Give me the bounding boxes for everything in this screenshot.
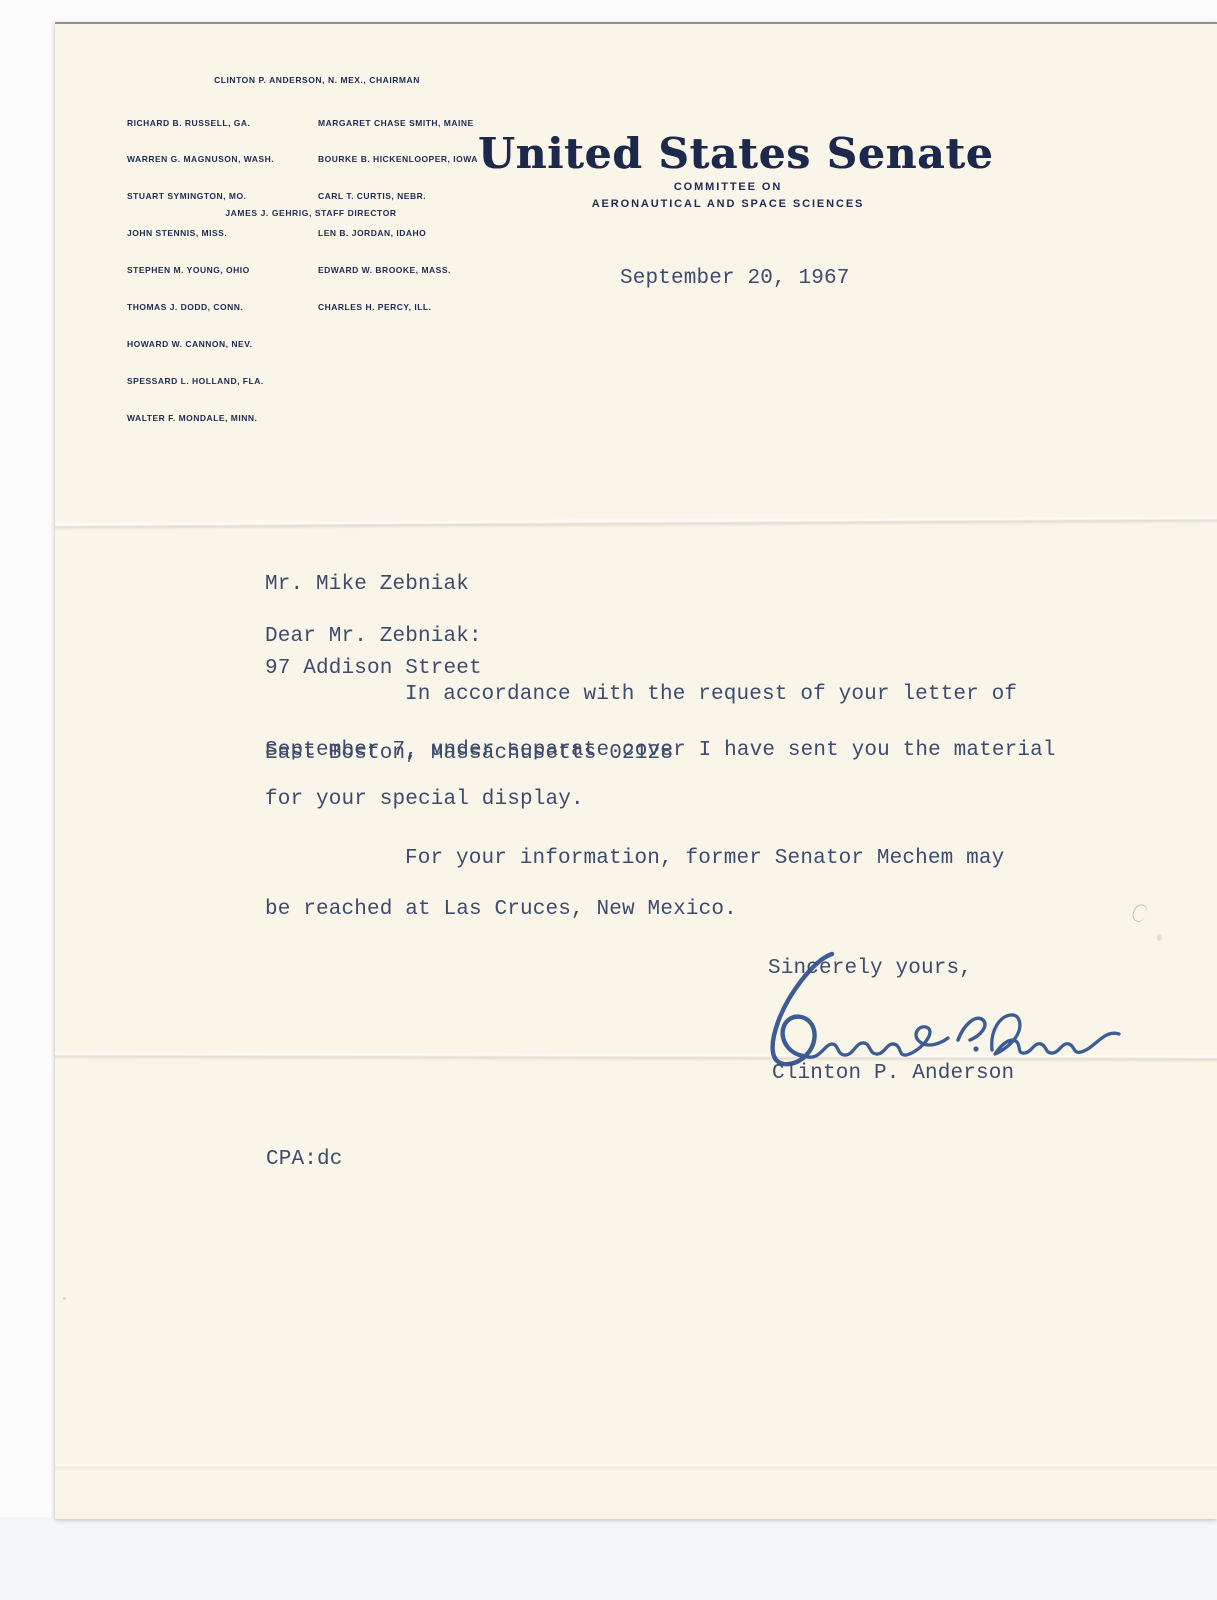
- signature-autograph: [740, 942, 1135, 1067]
- signature-stroke: [804, 1043, 894, 1057]
- committee-name-line1: COMMITTEE ON: [528, 180, 928, 194]
- signature-stroke: [958, 1018, 985, 1040]
- scanned-letter-page: CLINTON P. ANDERSON, N. MEX., CHAIRMAN R…: [0, 0, 1217, 1600]
- body-line-4: For your information, former Senator Mec…: [405, 848, 1004, 870]
- member-item: CARL T. CURTIS, NEBR.: [318, 190, 478, 202]
- scan-background-bottom: [0, 1517, 1217, 1600]
- committee-name-line2: AERONAUTICAL AND SPACE SCIENCES: [528, 197, 928, 211]
- senate-wordmark: United States Senate: [478, 130, 978, 178]
- body-line-5: be reached at Las Cruces, New Mexico.: [265, 899, 737, 921]
- member-item: LEN B. JORDAN, IDAHO: [318, 227, 478, 239]
- typed-signature: Clinton P. Anderson: [772, 1063, 1014, 1085]
- member-item: WARREN G. MAGNUSON, WASH.: [127, 153, 274, 165]
- signature-stroke: [773, 954, 832, 1064]
- member-item: BOURKE B. HICKENLOOPER, IOWA: [318, 153, 478, 165]
- salutation: Dear Mr. Zebniak:: [265, 626, 482, 648]
- body-line-1: In accordance with the request of your l…: [405, 684, 1017, 706]
- signature-stroke: [894, 1027, 948, 1055]
- member-item: STEPHEN M. YOUNG, OHIO: [127, 264, 274, 276]
- scan-background-left: [0, 0, 55, 1600]
- scan-speck: [1157, 934, 1162, 941]
- member-item: EDWARD W. BROOKE, MASS.: [318, 264, 478, 276]
- body-line-3: for your special display.: [265, 789, 584, 811]
- member-item: RICHARD B. RUSSELL, GA.: [127, 117, 274, 129]
- member-list-left: RICHARD B. RUSSELL, GA. WARREN G. MAGNUS…: [127, 92, 274, 449]
- member-item: CHARLES H. PERCY, ILL.: [318, 301, 478, 313]
- letter-paper: CLINTON P. ANDERSON, N. MEX., CHAIRMAN R…: [55, 22, 1217, 1519]
- body-line-2: September 7, under separate cover I have…: [265, 740, 1056, 762]
- member-item: HOWARD W. CANNON, NEV.: [127, 338, 274, 350]
- staff-director-line: JAMES J. GEHRIG, STAFF DIRECTOR: [121, 208, 501, 218]
- scan-speck: [63, 1297, 66, 1300]
- recipient-name: Mr. Mike Zebniak: [265, 571, 673, 599]
- member-item: SPESSARD L. HOLLAND, FLA.: [127, 375, 274, 387]
- letterhead-chairman: CLINTON P. ANDERSON, N. MEX., CHAIRMAN: [127, 75, 507, 85]
- recipient-street: 97 Addison Street: [265, 655, 673, 683]
- member-item: THOMAS J. DODD, CONN.: [127, 301, 274, 313]
- member-item: MARGARET CHASE SMITH, MAINE: [318, 117, 478, 129]
- signature-stroke: [992, 1015, 1119, 1054]
- recipient-address-block: Mr. Mike Zebniak 97 Addison Street East …: [265, 514, 673, 825]
- fold-crease-bottom: [55, 1462, 1217, 1471]
- date-line: September 20, 1967: [620, 268, 850, 290]
- signature-dot: [973, 1046, 978, 1051]
- stray-pencil-mark: [1131, 902, 1149, 923]
- member-item: STUART SYMINGTON, MO.: [127, 190, 274, 202]
- member-item: JOHN STENNIS, MISS.: [127, 227, 274, 239]
- member-item: WALTER F. MONDALE, MINN.: [127, 412, 274, 424]
- typist-initials: CPA:dc: [266, 1149, 343, 1171]
